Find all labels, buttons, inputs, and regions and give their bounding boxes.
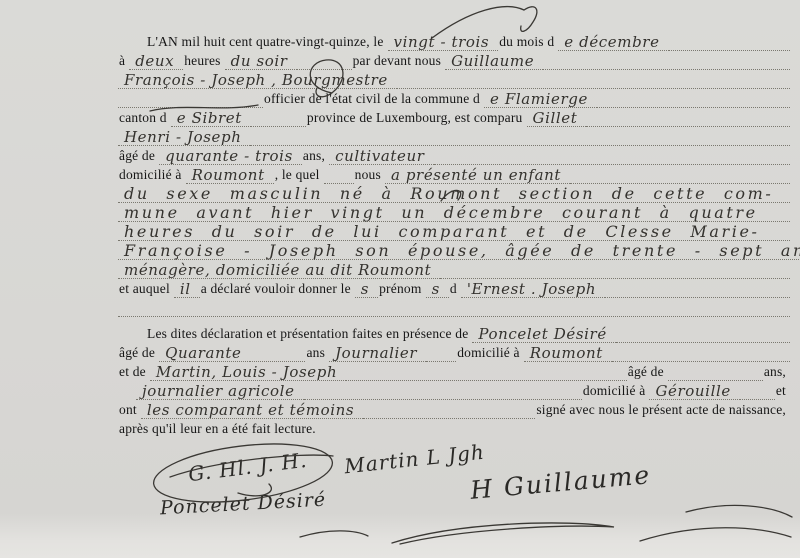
printed-text: après qu'il leur en a été fait lecture.	[118, 421, 320, 438]
form-line: mune avant hier vingt un décembre couran…	[118, 203, 790, 222]
form-line: officier de l'état civil de la commune d…	[118, 89, 790, 108]
signature-martin: Martin L Jgh	[343, 440, 486, 479]
handwritten-entry: il	[174, 281, 200, 298]
printed-text: signé avec nous le présent acte de naiss…	[535, 402, 790, 419]
printed-text: âgé de	[118, 345, 159, 362]
printed-text: canton d	[118, 110, 171, 127]
form-line: Les dites déclaration et présentation fa…	[118, 324, 790, 343]
signature-guillaume: H Guillaume	[469, 460, 652, 505]
handwritten-entry: Poncelet Désiré	[472, 326, 615, 343]
form-line: journalier agricole domicilié à Gérouill…	[118, 381, 790, 400]
handwritten-entry: les comparant et témoins	[141, 402, 363, 419]
printed-text: Les dites déclaration et présentation fa…	[146, 326, 472, 343]
handwritten-entry: vingt - trois	[388, 34, 499, 51]
form-line: âgé de Quarante ans Journalier domicilié…	[118, 343, 790, 362]
signature-gillet: G. Hl. J. H.	[187, 448, 309, 486]
printed-text: province de Luxembourg, est comparu	[306, 110, 527, 127]
handwritten-entry: deux	[129, 53, 183, 70]
form-line: domicilié à Roumont , le quel nous a pré…	[118, 165, 790, 184]
handwritten-entry: Journalier	[329, 345, 426, 362]
handwritten-entry: e décembre	[558, 34, 668, 51]
printed-text: , le quel	[274, 167, 324, 184]
printed-text: nous	[354, 167, 385, 184]
bottom-left-swash	[392, 523, 614, 544]
handwritten-entry: Roumont	[186, 167, 274, 184]
form-text-block: L'AN mil huit cent quatre-vingt-quinze, …	[118, 32, 790, 438]
handwritten-entry: journalier agricole	[136, 383, 304, 400]
handwritten-entry: du sexe masculin né à Roumont section de…	[118, 186, 790, 203]
dotted-rule	[616, 340, 790, 343]
form-line: et auquel il a déclaré vouloir donner le…	[118, 279, 790, 298]
bottom-right-swash	[640, 528, 791, 541]
handwritten-entry: Gillet	[527, 110, 587, 127]
form-line: après qu'il leur en a été fait lecture.	[118, 419, 790, 438]
signature-poncelet: Poncelet Désiré	[160, 489, 327, 520]
dotted-rule	[397, 86, 790, 89]
dotted-rule	[250, 359, 305, 362]
dotted-rule	[740, 397, 775, 400]
dotted-rule	[543, 67, 790, 70]
dotted-rule	[440, 276, 790, 279]
form-line: à deux heures du soir par devant nous Gu…	[118, 51, 790, 70]
dotted-rule	[118, 105, 263, 108]
handwritten-entry: du soir	[225, 53, 297, 70]
printed-text: a déclaré vouloir donner le	[200, 281, 355, 298]
printed-text: du mois d	[498, 34, 558, 51]
handwritten-entry: Gérouille	[649, 383, 739, 400]
printed-text: et	[775, 383, 790, 400]
form-line: du sexe masculin né à Roumont section de…	[118, 184, 790, 203]
handwritten-entry: Françoise - Joseph son épouse, âgée de t…	[118, 243, 800, 260]
top-flourish-curl	[521, 7, 537, 32]
dotted-rule	[669, 48, 790, 51]
printed-text: officier de l'état civil de la commune d	[263, 91, 484, 108]
handwritten-entry: Roumont	[524, 345, 612, 362]
form-line: Françoise - Joseph son épouse, âgée de t…	[118, 241, 790, 260]
handwritten-entry: 'Ernest . Joseph	[461, 281, 605, 298]
guillaume-underline	[686, 505, 792, 517]
form-line: ont les comparant et témoins signé avec …	[118, 400, 790, 419]
printed-text: et de	[118, 364, 150, 381]
poncelet-swash	[300, 531, 368, 537]
form-line: canton d e Sibret province de Luxembourg…	[118, 108, 790, 127]
handwritten-entry: cultivateur	[329, 148, 433, 165]
dotted-rule	[597, 105, 790, 108]
printed-text: à	[118, 53, 129, 70]
printed-text: ont	[118, 402, 141, 419]
printed-text: par devant nous	[352, 53, 445, 70]
printed-text: ans,	[302, 148, 329, 165]
printed-text: âgé de	[118, 148, 159, 165]
printed-text: prénom	[378, 281, 425, 298]
dotted-rule	[250, 143, 790, 146]
form-line: heures du soir de lui comparant et de Cl…	[118, 222, 790, 241]
dotted-rule	[251, 124, 306, 127]
printed-text: domicilié à	[582, 383, 650, 400]
dotted-rule	[297, 67, 352, 70]
dotted-rule	[605, 295, 790, 298]
handwritten-entry: ménagère, domiciliée au dit Roumont	[118, 262, 440, 279]
dotted-rule	[304, 397, 582, 400]
form-line: âgé de quarante - trois ans, cultivateur	[118, 146, 790, 165]
printed-text: ans,	[763, 364, 790, 381]
document-page: L'AN mil huit cent quatre-vingt-quinze, …	[0, 0, 800, 558]
handwritten-entry: e Flamierge	[484, 91, 597, 108]
birth-certificate-scan: { "colors":{"paper":"#d8d7d4","printed_i…	[0, 0, 800, 558]
handwritten-entry: s	[426, 281, 449, 298]
form-line: et de Martin, Louis - Joseph âgé de ans,	[118, 362, 790, 381]
handwritten-entry: François - Joseph , Bourgmestre	[118, 72, 397, 89]
form-line: François - Joseph , Bourgmestre	[118, 70, 790, 89]
handwritten-entry: e Sibret	[171, 110, 251, 127]
printed-text: et auquel	[118, 281, 174, 298]
handwritten-entry: Guillaume	[445, 53, 543, 70]
handwritten-entry: Henri - Joseph	[118, 129, 250, 146]
form-line: Henri - Joseph	[118, 127, 790, 146]
printed-text: domicilié à	[456, 345, 524, 362]
dotted-rule	[118, 314, 790, 317]
printed-text: domicilié à	[118, 167, 186, 184]
printed-text: ans	[305, 345, 329, 362]
handwritten-entry: heures du soir de lui comparant et de Cl…	[118, 224, 790, 241]
handwritten-entry: a présenté un enfant	[385, 167, 570, 184]
form-line: ménagère, domiciliée au dit Roumont	[118, 260, 790, 279]
printed-text: heures	[183, 53, 224, 70]
handwritten-entry: Martin, Louis - Joseph	[150, 364, 346, 381]
form-line	[118, 298, 790, 317]
printed-text: L'AN mil huit cent quatre-vingt-quinze, …	[146, 34, 388, 51]
handwritten-entry: quarante - trois	[159, 148, 302, 165]
dotted-rule	[426, 359, 456, 362]
dotted-rule	[346, 378, 627, 381]
handwritten-entry: s	[355, 281, 378, 298]
printed-text: d	[449, 281, 461, 298]
dotted-rule	[668, 378, 763, 381]
dotted-rule	[434, 162, 791, 165]
handwritten-entry: Quarante	[159, 345, 250, 362]
form-line: L'AN mil huit cent quatre-vingt-quinze, …	[118, 32, 790, 51]
printed-text: âgé de	[627, 364, 668, 381]
handwritten-entry: mune avant hier vingt un décembre couran…	[118, 205, 790, 222]
dotted-rule	[612, 359, 790, 362]
dotted-rule	[586, 124, 790, 127]
dotted-rule	[363, 416, 535, 419]
